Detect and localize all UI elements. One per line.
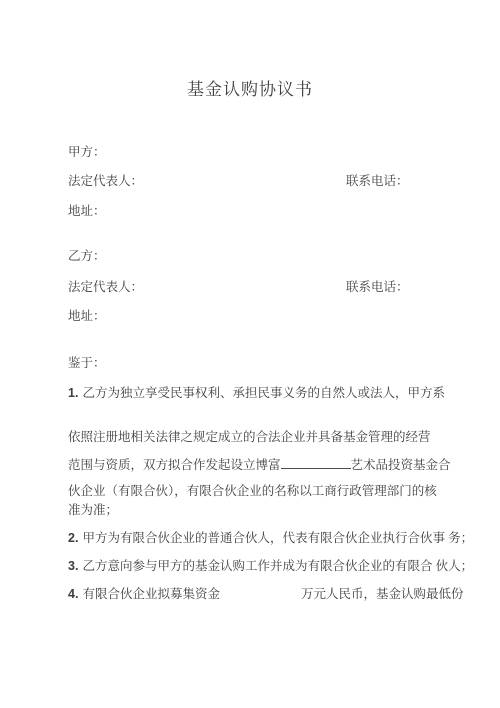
- clause-1-line-3-pre: 范围与资质，双方拟合作发起设立博富: [68, 458, 281, 472]
- party-b-rep-row: 法定代表人： 联系电话：: [68, 280, 143, 294]
- whereas-label: 鉴于：: [68, 356, 106, 370]
- clause-2: 2.甲方为有限合伙企业的普通合伙人，代表有限合伙企业执行合伙事 务；: [68, 531, 473, 545]
- document-title: 基金认购协议书: [0, 75, 500, 100]
- party-a-address-label: 地址：: [68, 204, 106, 218]
- document-page: 基金认购协议书 甲方： 法定代表人： 联系电话： 地址： 乙方： 法定代表人： …: [0, 0, 500, 708]
- clause-4-text-pre: 有限合伙企业拟募集资金: [82, 587, 220, 601]
- clause-4-number: 4.: [68, 587, 78, 601]
- party-b-legal-rep-label: 法定代表人：: [68, 280, 143, 294]
- party-b-label: 乙方：: [68, 249, 106, 263]
- fill-in-blank-gap: [220, 597, 301, 598]
- clause-3-number: 3.: [68, 559, 78, 573]
- clause-1-line-1: 1.乙方为独立享受民事权利、承担民事义务的自然人或法人，甲方系: [68, 386, 445, 400]
- party-b-address-label: 地址：: [68, 309, 106, 323]
- fill-in-blank-underline: [281, 457, 351, 469]
- clause-4-text-post: 万元人民币，基金认购最低份: [301, 587, 464, 601]
- clause-3: 3.乙方意向参与甲方的基金认购工作并成为有限合伙企业的有限合 伙人；: [68, 559, 473, 573]
- clause-1-line-5: 准为准；: [68, 503, 118, 517]
- clause-1-line-3: 范围与资质，双方拟合作发起设立博富艺术品投资基金合: [68, 457, 451, 472]
- party-a-phone-label: 联系电话：: [346, 174, 409, 188]
- clause-2-text: 甲方为有限合伙企业的普通合伙人，代表有限合伙企业执行合伙事 务；: [82, 531, 473, 545]
- clause-1-line-4: 伙企业（有限合伙），有限合伙企业的名称以工商行政管理部门的核: [68, 484, 437, 498]
- clause-1-text: 乙方为独立享受民事权利、承担民事义务的自然人或法人，甲方系: [82, 386, 445, 400]
- party-a-label: 甲方：: [68, 145, 106, 159]
- clause-1-number: 1.: [68, 386, 78, 400]
- clause-3-text: 乙方意向参与甲方的基金认购工作并成为有限合伙企业的有限合 伙人；: [82, 559, 473, 573]
- clause-4: 4.有限合伙企业拟募集资金万元人民币，基金认购最低份: [68, 587, 463, 601]
- clause-1-line-2: 依照注册地相关法律之规定成立的合法企业并具备基金管理的经营: [68, 430, 431, 444]
- clause-2-number: 2.: [68, 531, 78, 545]
- party-a-legal-rep-label: 法定代表人：: [68, 174, 143, 188]
- party-a-rep-row: 法定代表人： 联系电话：: [68, 174, 143, 188]
- party-b-phone-label: 联系电话：: [346, 280, 409, 294]
- clause-1-line-3-post: 艺术品投资基金合: [351, 458, 451, 472]
